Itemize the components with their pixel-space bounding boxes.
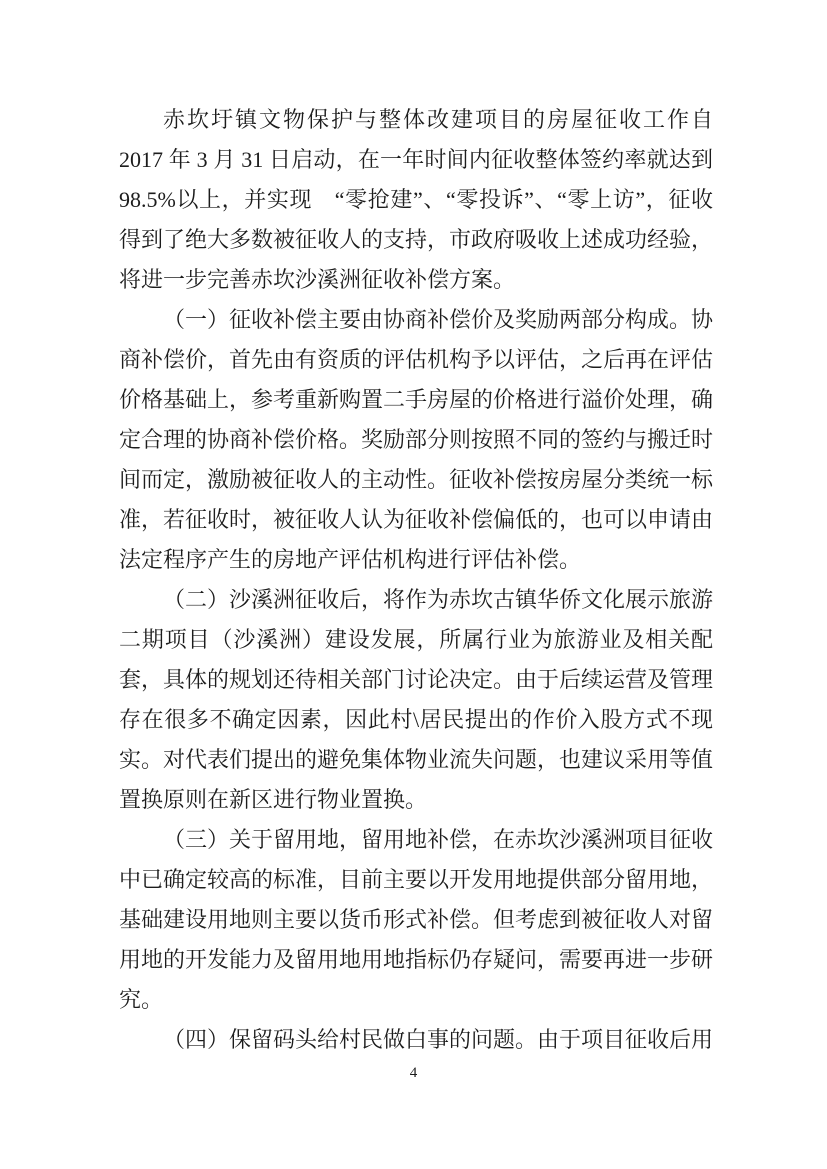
paragraph-intro: 赤坎圩镇文物保护与整体改建项目的房屋征收工作自 2017 年 3 月 31 日启… bbox=[119, 100, 713, 300]
paragraph-item-2: （二）沙溪洲征收后，将作为赤坎古镇华侨文化展示旅游二期项目（沙溪洲）建设发展，所… bbox=[119, 580, 713, 820]
paragraph-item-3: （三）关于留用地，留用地补偿，在赤坎沙溪洲项目征收中已确定较高的标准，目前主要以… bbox=[119, 820, 713, 1020]
document-body: 赤坎圩镇文物保护与整体改建项目的房屋征收工作自 2017 年 3 月 31 日启… bbox=[119, 100, 713, 1060]
document-page: 赤坎圩镇文物保护与整体改建项目的房屋征收工作自 2017 年 3 月 31 日启… bbox=[0, 0, 827, 1169]
page-number: 4 bbox=[410, 1065, 418, 1081]
page-footer: 4 bbox=[0, 1063, 827, 1083]
paragraph-item-1: （一）征收补偿主要由协商补偿价及奖励两部分构成。协商补偿价，首先由有资质的评估机… bbox=[119, 300, 713, 580]
paragraph-item-4: （四）保留码头给村民做白事的问题。由于项目征收后用 bbox=[119, 1020, 713, 1060]
